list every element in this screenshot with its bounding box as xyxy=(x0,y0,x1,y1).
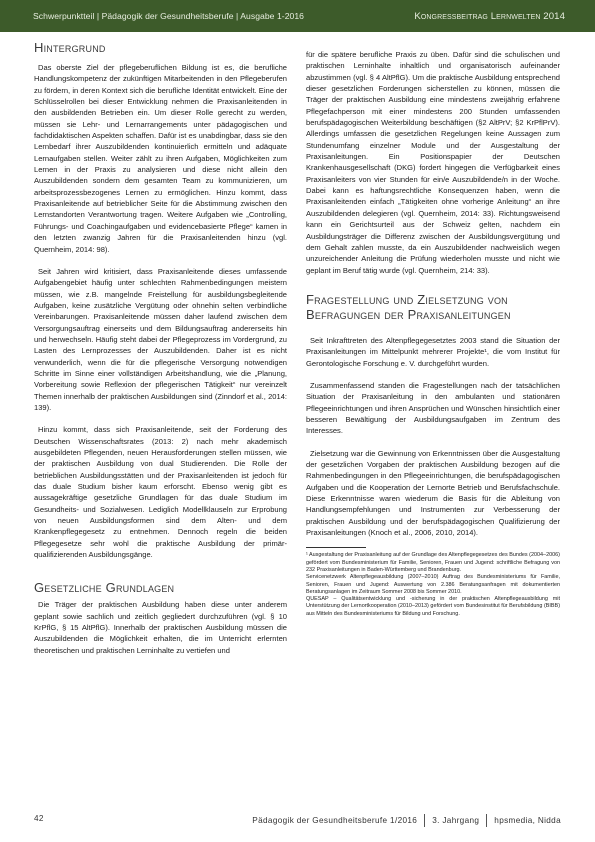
paragraph: Zielsetzung war die Gewinnung von Erkenn… xyxy=(306,448,560,539)
footnote: QUESAP – Qualitätsentwicklung und -siche… xyxy=(306,596,560,618)
footer-meta: Pädagogik der Gesundheitsberufe 1/2016 3… xyxy=(252,814,561,827)
heading-gesetzliche-grundlagen: Gesetzliche Grundlagen xyxy=(34,580,287,595)
paragraph: Zusammenfassend standen die Fragestellun… xyxy=(306,380,560,437)
footnote: Servicenetzwerk Altenpflegeausbildung (2… xyxy=(306,574,560,596)
footer-journal: Pädagogik der Gesundheitsberufe 1/2016 xyxy=(252,816,417,825)
left-column: Hintergrund Das oberste Ziel der pflegeb… xyxy=(34,40,287,656)
header-article-type: Kongressbeitrag Lernwelten 2014 xyxy=(414,11,565,22)
paragraph: Seit Jahren wird kritisiert, dass Praxis… xyxy=(34,266,287,413)
footer-publisher: hpsmedia, Nidda xyxy=(494,816,561,825)
paragraph: Seit Inkrafttreten des Altenpflegegesetz… xyxy=(306,335,560,369)
page-number: 42 xyxy=(34,814,44,823)
paragraph: Die Träger der praktischen Ausbildung ha… xyxy=(34,599,287,656)
paragraph: Hinzu kommt, dass sich Praxisanleitende,… xyxy=(34,424,287,560)
footer-separator xyxy=(486,814,487,827)
footnote-divider xyxy=(306,547,366,548)
heading-fragestellung: Fragestellung und Zielsetzung von Befrag… xyxy=(306,292,560,322)
running-header: Schwerpunktteil | Pädagogik der Gesundhe… xyxy=(0,0,595,32)
heading-hintergrund: Hintergrund xyxy=(34,40,287,55)
heading-line-1: Fragestellung und Zielsetzung von xyxy=(306,292,508,307)
footer-separator xyxy=(424,814,425,827)
footer-volume: 3. Jahrgang xyxy=(432,816,479,825)
right-column: für die spätere berufliche Praxis zu übe… xyxy=(306,40,560,618)
footnote: ¹ Ausgestaltung der Praxisanleitung auf … xyxy=(306,552,560,574)
paragraph: für die spätere berufliche Praxis zu übe… xyxy=(306,49,560,276)
paragraph: Das oberste Ziel der pflegeberuflichen B… xyxy=(34,62,287,255)
page-footer: 42 Pädagogik der Gesundheitsberufe 1/201… xyxy=(0,810,595,828)
heading-line-2: Befragungen der Praxisanleitungen xyxy=(306,307,511,322)
header-section-title: Schwerpunktteil | Pädagogik der Gesundhe… xyxy=(33,11,304,21)
